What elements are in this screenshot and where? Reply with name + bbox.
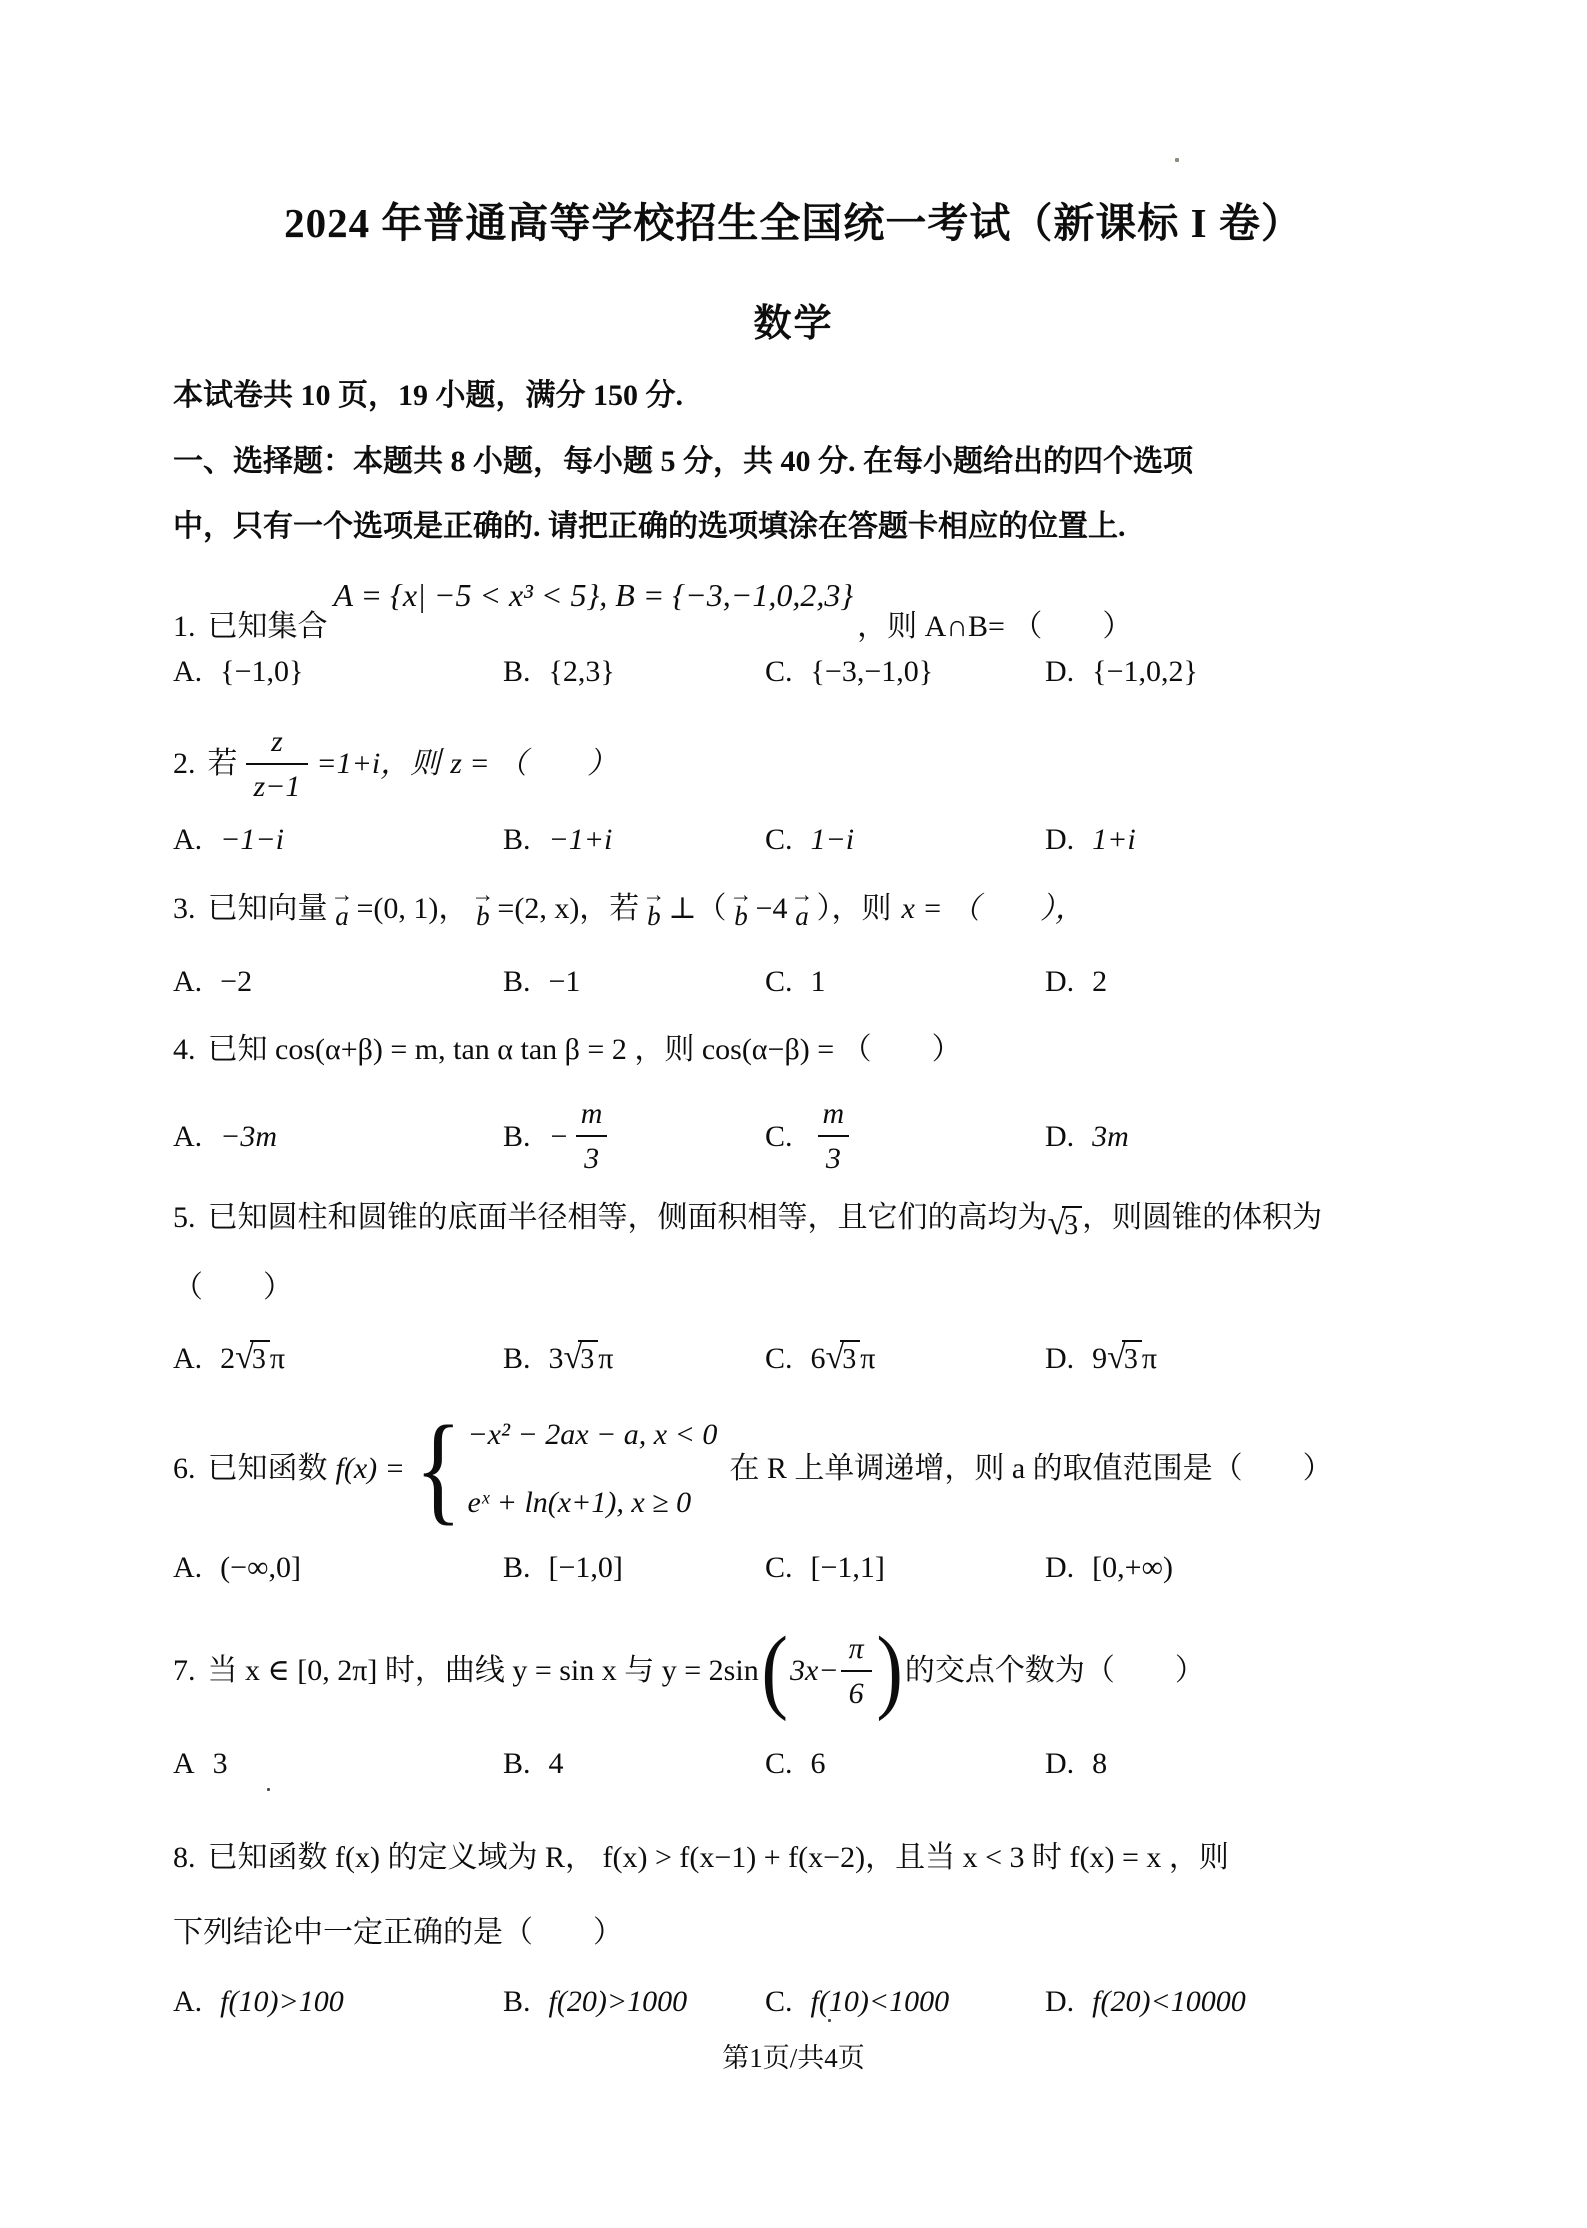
option-a: A.−2: [173, 962, 503, 1001]
vector-b: →b: [642, 888, 665, 930]
option-a: A.(−∞,0]: [173, 1548, 503, 1587]
option-text: f(10)>100: [220, 1982, 344, 2021]
exam-meta-line: 本试卷共 10 页，19 小题，满分 150 分.: [173, 370, 683, 414]
option-a: A.2√3π: [173, 1339, 503, 1378]
option-label: C.: [765, 652, 793, 691]
question-7-stem: 7. 当 x ∈ [0, 2π] 时，曲线 y = sin x 与 y = 2s…: [173, 1622, 1205, 1720]
question-4-options: A.−3m B.−m3 C.m3 D.3m: [173, 1096, 1129, 1176]
radical-sign: √: [564, 1341, 583, 1375]
question-text: 已知向量: [208, 889, 328, 930]
case-1: −x² − 2ax − a, x < 0: [467, 1415, 717, 1456]
question-number: 6.: [173, 1449, 196, 1490]
exam-title: 2024 年普通高等学校招生全国统一考试（新课标 I 卷）: [0, 190, 1587, 249]
option-text: 3m: [1092, 1117, 1129, 1156]
option-label: B.: [503, 652, 531, 691]
option-b: B.3√3π: [503, 1339, 765, 1378]
option-c: C.1: [765, 962, 1045, 1001]
question-5-paren-line: （ ）: [173, 1268, 293, 1309]
coefficient: 3: [549, 1339, 564, 1378]
option-c: C.f(10)<1000: [765, 1982, 1045, 2021]
question-6-stem: 6. 已知函数 f(x) = { −x² − 2ax − a, x < 0eˣ …: [173, 1408, 1333, 1530]
option-b: B.[−1,0]: [503, 1548, 765, 1587]
question-text: 若: [208, 744, 238, 785]
radical-sign: √: [826, 1341, 845, 1375]
option-d: D.f(20)<10000: [1045, 1982, 1246, 2021]
option-label: D.: [1045, 1548, 1074, 1587]
option-text: 6: [811, 1744, 826, 1783]
option-d: D.[0,+∞): [1045, 1548, 1173, 1587]
coefficient: 9: [1092, 1339, 1107, 1378]
option-text: 1+i: [1092, 820, 1136, 859]
scan-speck: [1175, 158, 1179, 162]
option-a: A.−3m: [173, 1117, 503, 1156]
option-label: B.: [503, 1548, 531, 1587]
radical-sign: √: [1048, 1207, 1067, 1241]
question-text: x = （ ），: [901, 889, 1085, 930]
option-label: D.: [1045, 1982, 1074, 2021]
option-text: 8: [1092, 1744, 1107, 1783]
option-label: D.: [1045, 1744, 1074, 1783]
option-label: D.: [1045, 962, 1074, 1001]
option-d: D.9√3π: [1045, 1339, 1157, 1378]
option-label: B.: [503, 1339, 531, 1378]
option-d: D.2: [1045, 962, 1107, 1001]
option-label: C.: [765, 962, 793, 1001]
option-c: C.{−3,−1,0}: [765, 652, 1045, 691]
fraction: m3: [573, 1097, 611, 1175]
option-b: B.−1+i: [503, 820, 765, 859]
option-text: {−1,0}: [220, 652, 303, 691]
big-right-paren: ): [876, 1631, 903, 1711]
option-a: A.−1−i: [173, 820, 503, 859]
option-b: B.4: [503, 1744, 765, 1783]
question-text: =(0, 1)，: [357, 889, 469, 930]
option-label: B.: [503, 1744, 531, 1783]
question-text: ，则圆锥的体积为: [1082, 1201, 1322, 1234]
square-root: √3: [235, 1340, 270, 1376]
option-text: −1+i: [549, 820, 613, 859]
answer-blank: （ ）: [173, 1271, 293, 1304]
option-text: [0,+∞): [1092, 1548, 1173, 1587]
question-8-options: A.f(10)>100 B.f(20)>1000 C.f(10)<1000 D.…: [173, 1982, 1246, 2021]
option-text: 2: [1092, 962, 1107, 1001]
square-root: √3: [1107, 1340, 1142, 1376]
option-b: B.−m3: [503, 1097, 765, 1175]
square-root: √3: [564, 1340, 599, 1376]
minus-sign: −: [549, 1117, 569, 1156]
question-2-options: A.−1−i B.−1+i C.1−i D.1+i: [173, 820, 1136, 859]
fraction-numerator: m: [815, 1097, 853, 1135]
option-label: A.: [173, 962, 202, 1001]
option-text: 1: [811, 962, 826, 1001]
scan-speck: [828, 2019, 831, 2022]
question-text: =1+i，则: [316, 744, 440, 785]
question-text: ），则: [816, 889, 891, 930]
option-text: f(20)>1000: [549, 1982, 688, 2021]
scan-speck: [267, 1788, 270, 1791]
fraction-denominator: 3: [576, 1135, 607, 1175]
vector-b: →b: [730, 888, 753, 930]
option-label: D.: [1045, 652, 1074, 691]
option-label: A.: [173, 652, 202, 691]
question-text: −4: [756, 889, 788, 930]
question-number: 5.: [173, 1201, 196, 1234]
big-left-paren: (: [761, 1631, 788, 1711]
question-text: 的交点个数为（ ）: [905, 1651, 1205, 1692]
question-number: 2.: [173, 744, 196, 785]
question-text: =(2, x)，若: [497, 889, 639, 930]
question-7-options: A3 B.4 C.6 D.8: [173, 1744, 1107, 1783]
exam-page: 2024 年普通高等学校招生全国统一考试（新课标 I 卷） 数学 本试卷共 10…: [0, 0, 1587, 2228]
inner-expression: 3x−: [790, 1651, 839, 1692]
pi-symbol: π: [1142, 1339, 1157, 1378]
exam-subtitle: 数学: [0, 292, 1587, 347]
question-text: ⊥（: [668, 889, 726, 930]
option-label: A.: [173, 1117, 202, 1156]
question-text: 下列结论中一定正确的是（ ）: [173, 1916, 623, 1949]
radical-sign: √: [1107, 1341, 1126, 1375]
fraction: m3: [815, 1097, 853, 1175]
fraction: zz−1: [246, 725, 309, 803]
question-text: ，则 A∩B= （ ）: [857, 610, 1132, 643]
option-label: A.: [173, 820, 202, 859]
option-d: D.1+i: [1045, 820, 1136, 859]
coefficient: 2: [220, 1339, 235, 1378]
option-d: D.{−1,0,2}: [1045, 652, 1198, 691]
option-label: C.: [765, 1982, 793, 2021]
option-b: B.{2,3}: [503, 652, 765, 691]
radical-sign: √: [235, 1341, 254, 1375]
option-d: D.8: [1045, 1744, 1107, 1783]
question-text: 已知圆柱和圆锥的底面半径相等，侧面积相等，且它们的高均为: [208, 1201, 1048, 1234]
option-label: D.: [1045, 820, 1074, 859]
set-formula: A = {x| −5 < x³ < 5}, B = {−3,−1,0,2,3}: [334, 577, 854, 613]
option-label: C.: [765, 820, 793, 859]
option-text: {−3,−1,0}: [811, 652, 934, 691]
question-number: 4.: [173, 1033, 196, 1066]
fraction-numerator: π: [841, 1632, 872, 1670]
option-label: C.: [765, 1744, 793, 1783]
option-text: {2,3}: [549, 652, 615, 691]
vector-a: →a: [790, 888, 813, 930]
option-a: A.f(10)>100: [173, 1982, 503, 2021]
option-a: A3: [173, 1744, 503, 1783]
option-d: D.3m: [1045, 1117, 1129, 1156]
option-text: −3m: [220, 1117, 277, 1156]
pi-symbol: π: [860, 1339, 875, 1378]
option-label: C.: [765, 1117, 793, 1156]
option-text: −2: [220, 962, 252, 1001]
vector-a: →a: [331, 888, 354, 930]
square-root: √3: [1048, 1206, 1083, 1242]
option-text: 1−i: [811, 820, 855, 859]
option-text: {−1,0,2}: [1092, 652, 1198, 691]
question-5-options: A.2√3π B.3√3π C.6√3π D.9√3π: [173, 1330, 1157, 1386]
question-4-stem: 4.已知 cos(α+β) = m, tan α tan β = 2 ，则 co…: [173, 1030, 962, 1071]
fraction: π6: [841, 1632, 872, 1710]
option-text: f(10)<1000: [811, 1982, 950, 2021]
question-3-options: A.−2 B.−1 C.1 D.2: [173, 962, 1107, 1001]
pi-symbol: π: [598, 1339, 613, 1378]
question-1-options: A.{−1,0} B.{2,3} C.{−3,−1,0} D.{−1,0,2}: [173, 652, 1198, 691]
piecewise-cases: −x² − 2ax − a, x < 0eˣ + ln(x+1), x ≥ 0: [467, 1415, 717, 1524]
option-label: A.: [173, 1339, 202, 1378]
question-number: 8.: [173, 1841, 196, 1874]
option-text: 3: [213, 1744, 228, 1783]
option-text: (−∞,0]: [220, 1548, 301, 1587]
question-8-stem-line2: 下列结论中一定正确的是（ ）: [173, 1913, 623, 1954]
piecewise-brace: {: [415, 1417, 462, 1521]
fraction-numerator: z: [263, 725, 291, 763]
option-label: B.: [503, 1982, 531, 2021]
option-b: B.−1: [503, 962, 765, 1001]
question-number: 1.: [173, 610, 196, 643]
fraction-denominator: z−1: [246, 763, 309, 803]
option-text: −1: [549, 962, 581, 1001]
question-8-stem-line1: 8.已知函数 f(x) 的定义域为 R， f(x) > f(x−1) + f(x…: [173, 1838, 1229, 1879]
option-label: B.: [503, 820, 531, 859]
pi-symbol: π: [270, 1339, 285, 1378]
option-c: C.1−i: [765, 820, 1045, 859]
square-root: √3: [826, 1340, 861, 1376]
coefficient: 6: [811, 1339, 826, 1378]
option-label: A.: [173, 1982, 202, 2021]
question-text: 已知集合: [208, 610, 328, 643]
fraction-denominator: 3: [818, 1135, 849, 1175]
question-text: 当 x ∈ [0, 2π] 时，曲线 y = sin x 与 y = 2sin: [208, 1651, 759, 1692]
question-number: 3.: [173, 889, 196, 930]
question-text: z = （ ）: [450, 744, 617, 785]
option-text: [−1,0]: [549, 1548, 623, 1587]
question-3-stem: 3. 已知向量 →a =(0, 1)， →b =(2, x)，若 →b ⊥（ →…: [173, 880, 1085, 938]
option-text: f(20)<10000: [1092, 1982, 1246, 2021]
option-c: C.6: [765, 1744, 1045, 1783]
option-text: [−1,1]: [811, 1548, 885, 1587]
question-text: 已知函数 f(x) 的定义域为 R， f(x) > f(x−1) + f(x−2…: [208, 1841, 1229, 1874]
fraction-denominator: 6: [841, 1670, 872, 1710]
question-5-stem: 5.已知圆柱和圆锥的底面半径相等，侧面积相等，且它们的高均为√3，则圆锥的体积为: [173, 1198, 1322, 1242]
option-label: D.: [1045, 1339, 1074, 1378]
function-notation: f(x) =: [336, 1449, 405, 1490]
section-heading-line2: 中，只有一个选项是正确的. 请把正确的选项填涂在答题卡相应的位置上.: [173, 501, 1126, 545]
page-number: 第1页/共4页: [0, 2036, 1587, 2075]
option-c: C.m3: [765, 1097, 1045, 1175]
option-label: B.: [503, 962, 531, 1001]
option-b: B.f(20)>1000: [503, 1982, 765, 2021]
option-label: A: [173, 1744, 195, 1783]
question-text: 在 R 上单调递增，则 a 的取值范围是（ ）: [729, 1449, 1332, 1490]
option-c: C.6√3π: [765, 1339, 1045, 1378]
fraction-numerator: m: [573, 1097, 611, 1135]
question-2-stem: 2. 若 zz−1 =1+i，则 z = （ ）: [173, 712, 617, 816]
option-label: C.: [765, 1339, 793, 1378]
option-label: B.: [503, 1117, 531, 1156]
option-label: D.: [1045, 1117, 1074, 1156]
option-label: A.: [173, 1548, 202, 1587]
option-a: A.{−1,0}: [173, 652, 503, 691]
case-2: eˣ + ln(x+1), x ≥ 0: [467, 1483, 717, 1524]
option-text: −1−i: [220, 820, 284, 859]
vector-b: →b: [471, 888, 494, 930]
question-text: 已知 cos(α+β) = m, tan α tan β = 2 ，则 cos(…: [208, 1033, 962, 1066]
option-text: 4: [549, 1744, 564, 1783]
question-text: 已知函数: [208, 1449, 328, 1490]
option-c: C.[−1,1]: [765, 1548, 1045, 1587]
option-label: C.: [765, 1548, 793, 1587]
question-number: 7.: [173, 1651, 196, 1692]
question-6-options: A.(−∞,0] B.[−1,0] C.[−1,1] D.[0,+∞): [173, 1548, 1173, 1587]
section-heading-line1: 一、选择题：本题共 8 小题，每小题 5 分，共 40 分. 在每小题给出的四个…: [173, 436, 1193, 480]
question-1-stem: 1.已知集合A = {x| −5 < x³ < 5}, B = {−3,−1,0…: [173, 604, 1132, 648]
